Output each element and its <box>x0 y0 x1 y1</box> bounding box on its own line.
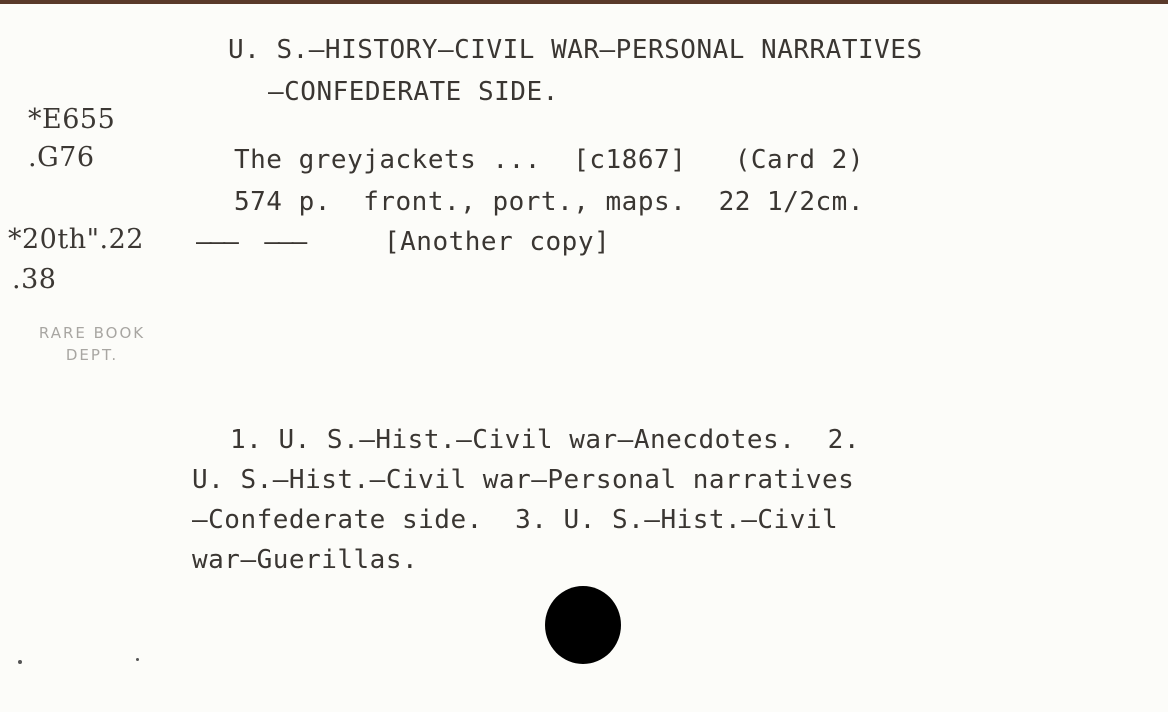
subject-heading-line-1: U. S.—HISTORY—CIVIL WAR—PERSONAL NARRATI… <box>228 34 923 66</box>
another-copy-note: [Another copy] <box>384 226 610 258</box>
punch-hole <box>545 586 621 664</box>
stamp-line-1: RARE BOOK <box>6 322 178 344</box>
call-number-line-2: .G76 <box>28 142 95 174</box>
collation-line: 574 p. front., port., maps. 22 1/2cm. <box>234 186 864 218</box>
tracing-line-1: 1. U. S.—Hist.—Civil war—Anecdotes. 2. <box>230 424 860 456</box>
subject-heading-line-2: —CONFEDERATE SIDE. <box>268 76 559 108</box>
rare-book-stamp: RARE BOOK DEPT. <box>6 322 178 366</box>
title-line: The greyjackets ... [c1867] (Card 2) <box>234 144 864 176</box>
tracing-line-4: war—Guerillas. <box>192 544 418 576</box>
call-number-line-4: .38 <box>12 264 56 296</box>
tracing-line-2: U. S.—Hist.—Civil war—Personal narrative… <box>192 464 854 496</box>
ink-speck <box>18 660 22 664</box>
catalog-card: U. S.—HISTORY—CIVIL WAR—PERSONAL NARRATI… <box>0 0 1168 712</box>
ink-speck <box>136 658 139 661</box>
call-number-line-1: *E655 <box>28 104 115 136</box>
stamp-line-2: DEPT. <box>6 344 178 366</box>
tracing-line-3: —Confederate side. 3. U. S.—Hist.—Civil <box>192 504 838 536</box>
call-number-line-3: *20th".22 <box>8 224 144 256</box>
another-copy-dashes: ——— ——— <box>196 226 305 258</box>
